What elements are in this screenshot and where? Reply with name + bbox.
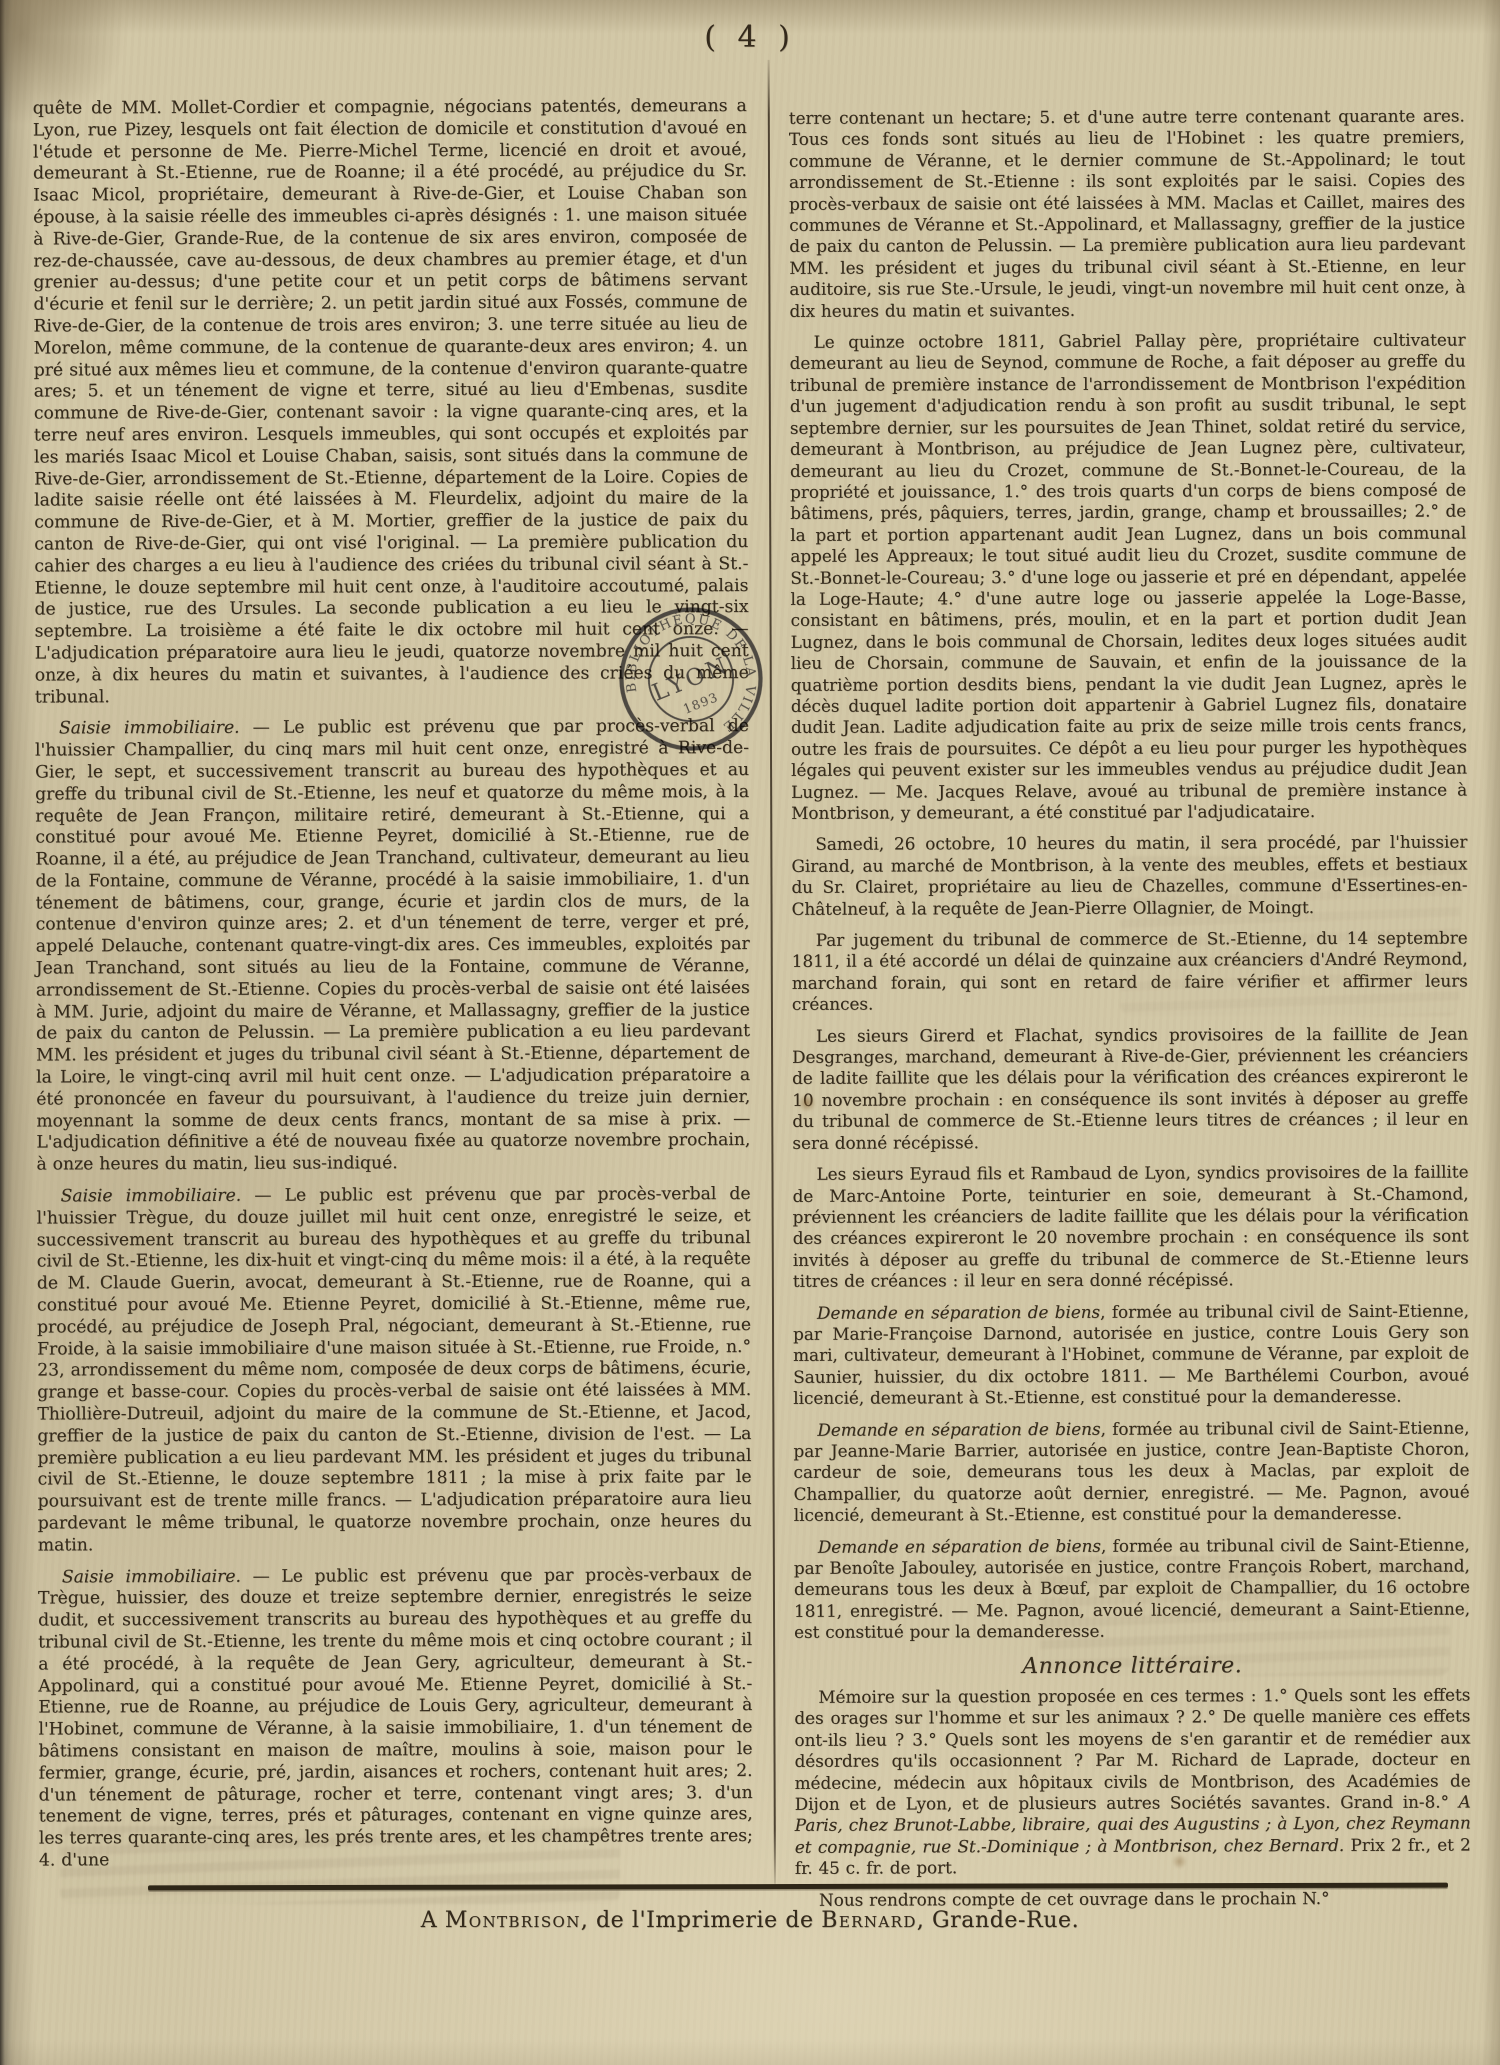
imprint-city: Montbrison [445, 1908, 581, 1933]
notice-paragraph: Le quinze octobre 1811, Gabriel Pallay p… [790, 330, 1468, 825]
notice-text: quête de MM. Mollet-Cordier et compagnie… [33, 96, 749, 707]
imprint-segment: A [421, 1908, 445, 1933]
notice-paragraph: Samedi, 26 octobre, 10 heures du matin, … [791, 832, 1467, 920]
notice-paragraph: Demande en séparation de biens, formée a… [793, 1300, 1469, 1409]
annonce-paragraph: Mémoire sur la question proposée en ces … [794, 1685, 1471, 1880]
notice-paragraph: Demande en séparation de biens, formée a… [794, 1534, 1470, 1643]
imprint-segment: , de l'Imprimerie de [581, 1908, 822, 1933]
notice-text: Les sieurs Eyraud fils et Rambaud de Lyo… [793, 1162, 1469, 1291]
notice-paragraph: terre contenant un hectare; 5. et d'une … [789, 105, 1466, 321]
notice-text: Les sieurs Girerd et Flachat, syndics pr… [792, 1023, 1468, 1152]
notice-text: — Le public est prévenu que par procès-v… [35, 716, 750, 1174]
notice-lead: Saisie immobiliaire. [61, 1186, 242, 1207]
notice-text: — Le public est prévenu que par procès-v… [38, 1565, 753, 1871]
notice-paragraph: Les sieurs Girerd et Flachat, syndics pr… [792, 1023, 1468, 1154]
notice-paragraph: Saisie immobiliaire. — Le public est pré… [35, 716, 751, 1176]
notice-lead: Saisie immobiliaire. [62, 1566, 241, 1587]
column-divider-rule [768, 60, 776, 1884]
notice-paragraph: Par jugement du tribunal de commerce de … [792, 928, 1468, 1016]
notice-paragraph: Saisie immobiliaire. — Le public est pré… [37, 1184, 752, 1557]
notice-text: Samedi, 26 octobre, 10 heures du matin, … [791, 832, 1467, 919]
notice-paragraph: Les sieurs Eyraud fils et Rambaud de Lyo… [792, 1162, 1468, 1293]
notice-text: Par jugement du tribunal de commerce de … [792, 928, 1468, 1015]
right-column: terre contenant un hectare; 5. et d'une … [789, 105, 1471, 1910]
notice-lead: Demande en séparation de biens [817, 1418, 1100, 1439]
newspaper-page: ( 4 ) quête de MM. Mollet-Cordier et com… [0, 0, 1500, 2065]
left-column: quête de MM. Mollet-Cordier et compagnie… [33, 96, 753, 1872]
notice-text: Le quinze octobre 1811, Gabriel Pallay p… [790, 330, 1468, 823]
notice-paragraph: quête de MM. Mollet-Cordier et compagnie… [33, 96, 749, 709]
imprint-printer: Bernard [821, 1908, 917, 1933]
annonce-text: Mémoire sur la question proposée en ces … [794, 1685, 1470, 1814]
notice-lead: Demande en séparation de biens [818, 1535, 1101, 1556]
notice-paragraph: Demande en séparation de biens, formée a… [793, 1417, 1469, 1526]
notice-lead: Saisie immobiliaire. [59, 718, 240, 739]
imprint-footer: A Montbrison, de l'Imprimerie de Bernard… [0, 1908, 1500, 1933]
notice-lead: Demande en séparation de biens [817, 1301, 1100, 1322]
notice-text: terre contenant un hectare; 5. et d'une … [789, 105, 1466, 320]
annonce-litteraire-heading: Annonce littéraire. [794, 1654, 1470, 1678]
notice-text: — Le public est prévenu que par procès-v… [37, 1184, 752, 1555]
imprint-segment: , Grande-Rue. [917, 1908, 1079, 1933]
text-block: quête de MM. Mollet-Cordier et compagnie… [0, 0, 1500, 2065]
notice-paragraph: Saisie immobiliaire. — Le public est pré… [38, 1565, 753, 1873]
